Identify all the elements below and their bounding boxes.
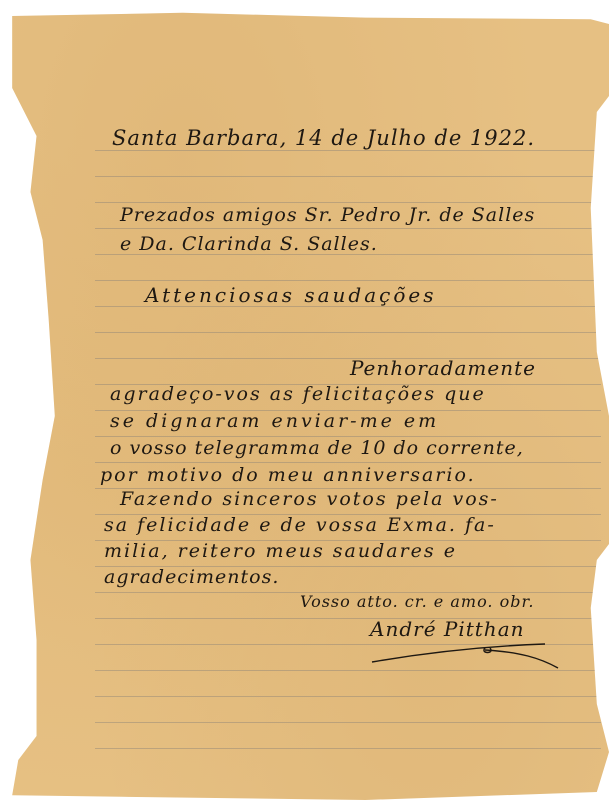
body-line: Fazendo sinceros votos pela vos-	[120, 488, 499, 510]
body-line: milia, reitero meus saudares e	[104, 540, 457, 562]
ruled-line	[95, 202, 601, 203]
body-line: agradeço-vos as felicitações que	[110, 383, 486, 405]
ruled-line	[95, 618, 601, 619]
ruled-line	[95, 150, 601, 151]
greeting: Attenciosas saudações	[145, 283, 436, 307]
ruled-line	[95, 670, 601, 671]
salutation-line-1: Prezados amigos Sr. Pedro Jr. de Salles	[120, 204, 535, 226]
body-line: agradecimentos.	[104, 566, 279, 588]
body-line: o vosso telegramma de 10 do corrente,	[110, 437, 524, 459]
body-line: Penhoradamente	[350, 356, 536, 380]
ruled-line	[95, 462, 601, 463]
ruled-line	[95, 176, 601, 177]
closing: Vosso atto. cr. e amo. obr.	[300, 592, 534, 611]
signature: André Pitthan	[370, 617, 525, 641]
ruled-line	[95, 280, 601, 281]
ruled-line	[95, 722, 601, 723]
ruled-line	[95, 696, 601, 697]
body-line: sa felicidade e de vossa Exma. fa-	[104, 514, 496, 536]
body-line: se dignaram enviar-me em	[110, 410, 439, 432]
signature-flourish-icon	[370, 640, 570, 670]
body-line: por motivo do meu anniversario.	[100, 464, 476, 486]
ruled-line	[95, 332, 601, 333]
ruled-line	[95, 748, 601, 749]
salutation-line-2: e Da. Clarinda S. Salles.	[120, 233, 378, 255]
ruled-line	[95, 228, 601, 229]
place-date-heading: Santa Barbara, 14 de Julho de 1922.	[112, 126, 535, 150]
